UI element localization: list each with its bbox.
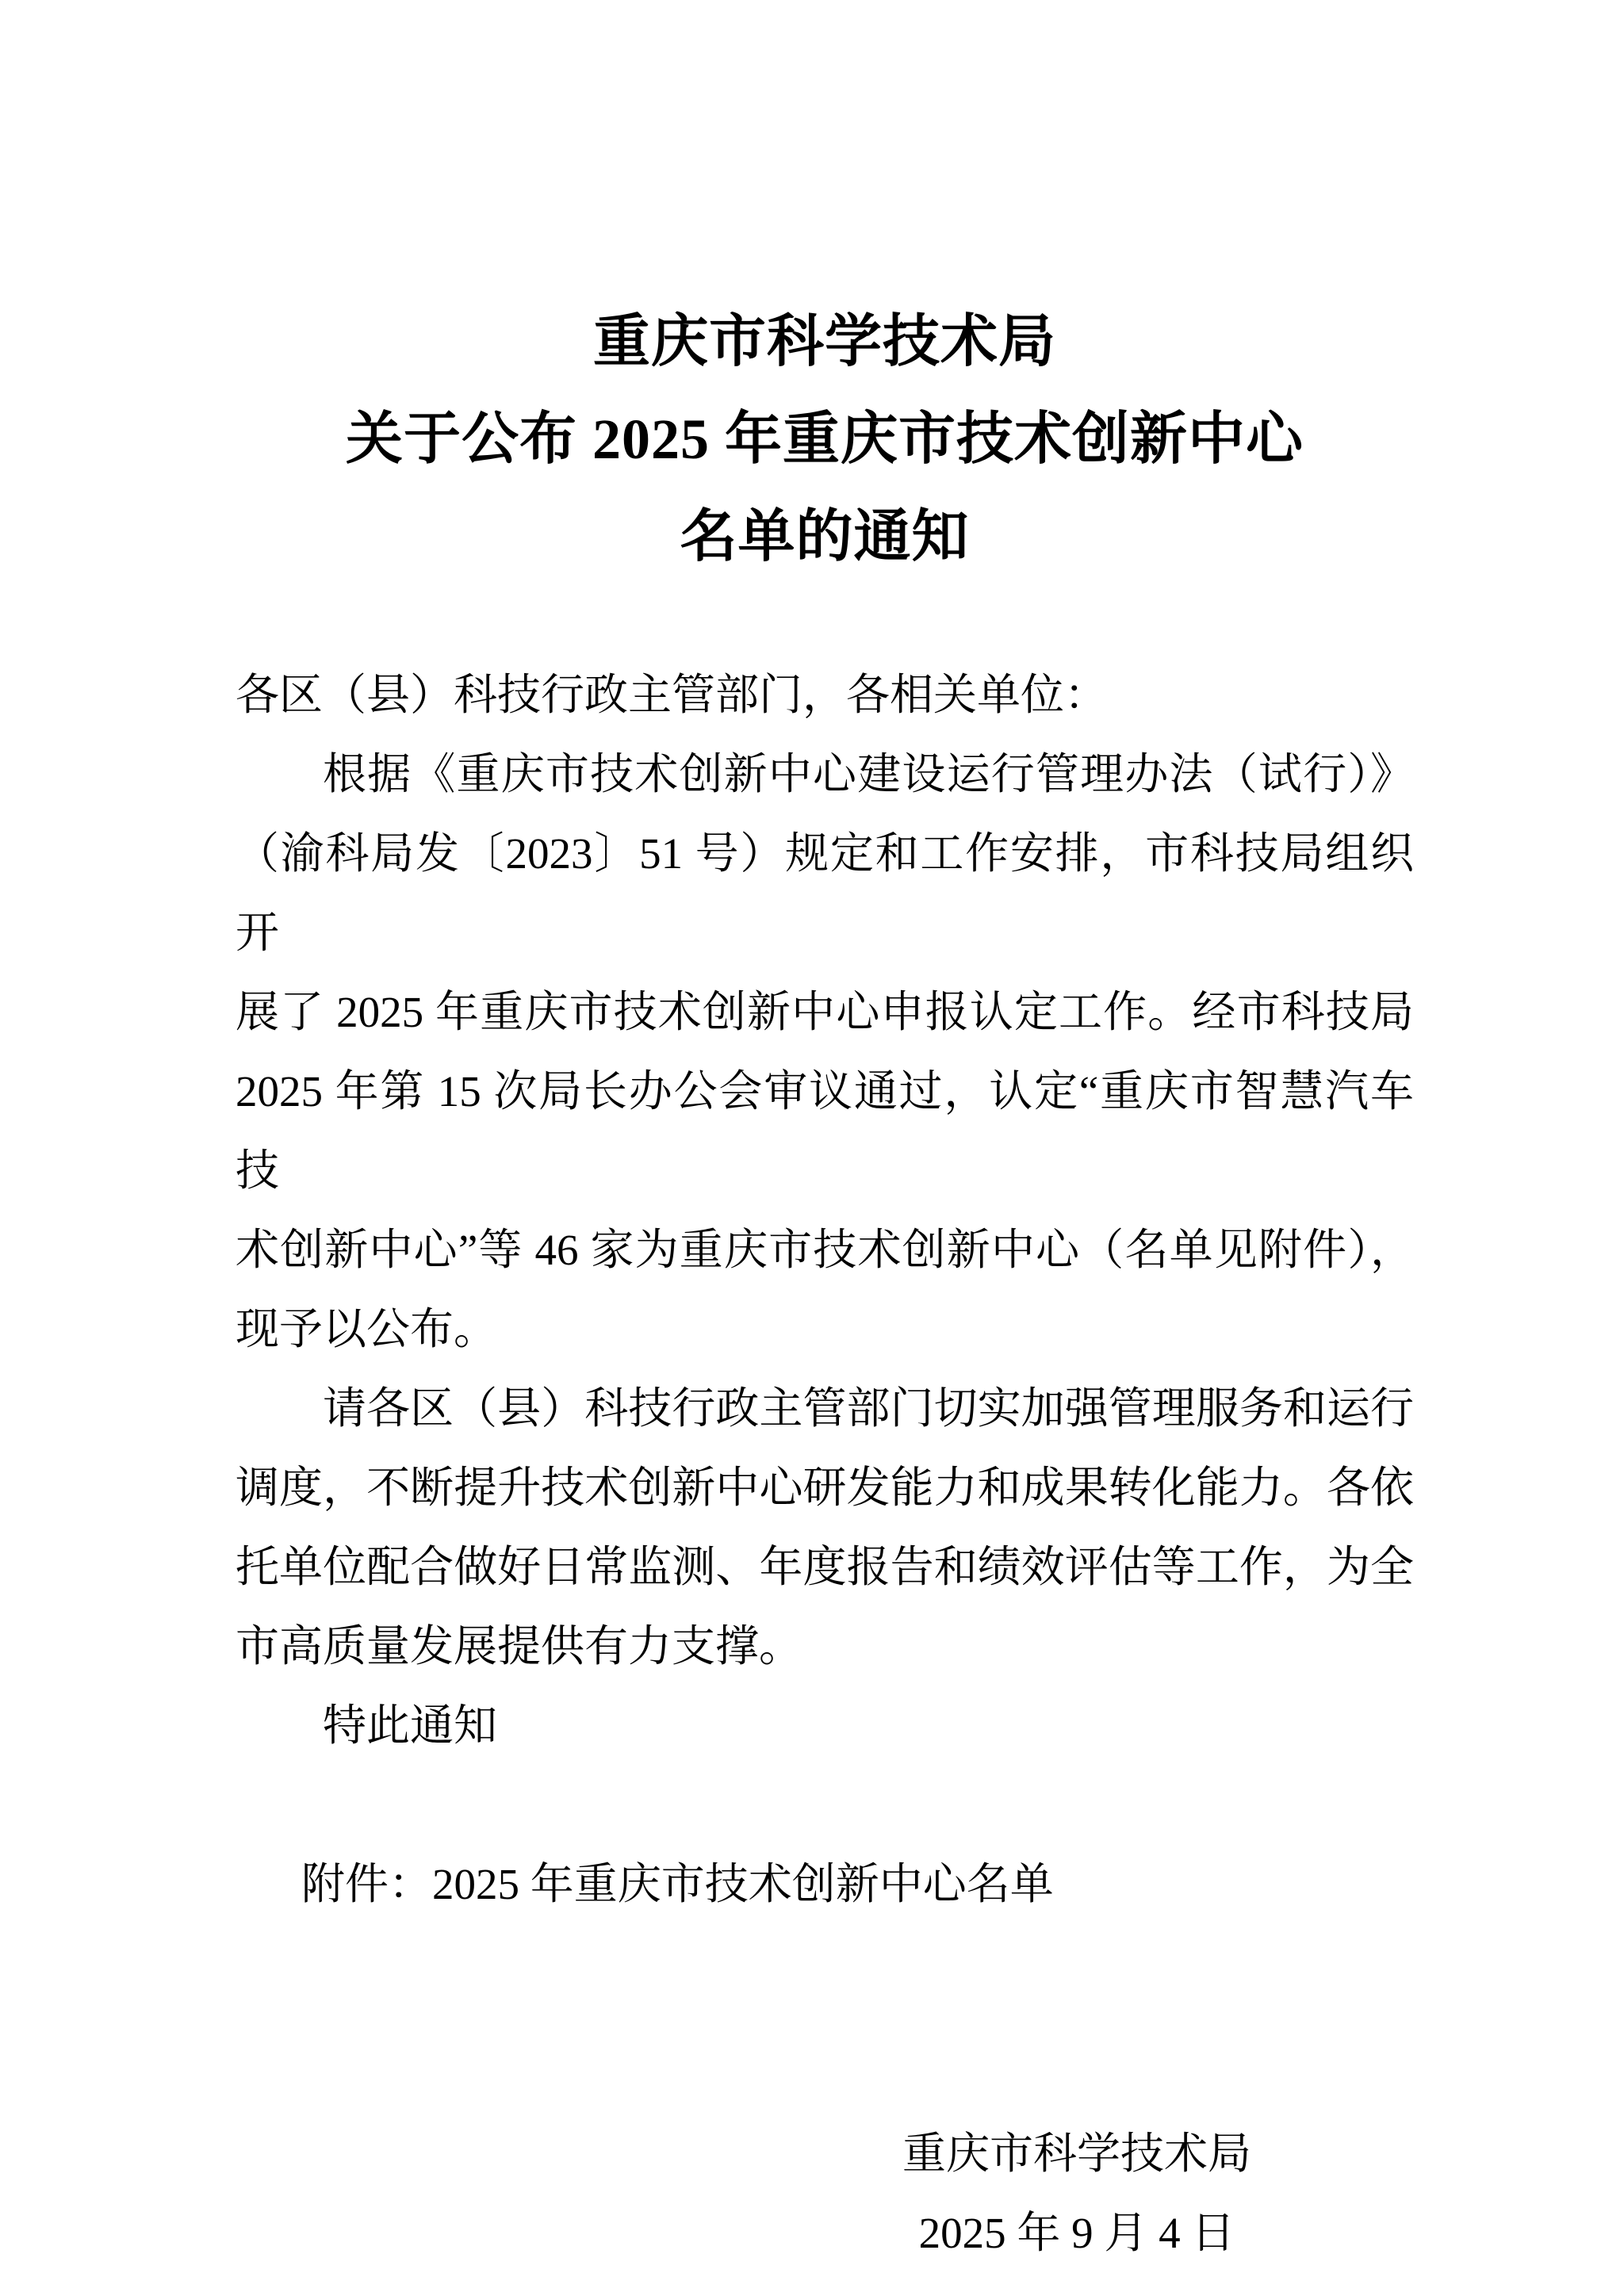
document-page: 重庆市科学技术局 关于公布 2025 年重庆市技术创新中心 名单的通知 各区（县… xyxy=(0,0,1624,2296)
title-line-1: 重庆市科学技术局 xyxy=(236,293,1414,391)
document-body: 各区（县）科技行政主管部门，各相关单位： 根据《重庆市技术创新中心建设运行管理办… xyxy=(236,656,1414,2273)
paragraph-line: 根据《重庆市技术创新中心建设运行管理办法（试行）》 xyxy=(236,735,1414,814)
title-line-2: 关于公布 2025 年重庆市技术创新中心 xyxy=(236,391,1414,488)
document-title: 重庆市科学技术局 关于公布 2025 年重庆市技术创新中心 名单的通知 xyxy=(236,0,1414,586)
paragraph-line: 展了 2025 年重庆市技术创新中心申报认定工作。经市科技局 xyxy=(236,973,1414,1052)
paragraph-line: 市高质量发展提供有力支撑。 xyxy=(236,1607,1414,1686)
attachment-line: 附件：2025 年重庆市技术创新中心名单 xyxy=(236,1845,1414,1924)
paragraph-line: 托单位配合做好日常监测、年度报告和绩效评估等工作，为全 xyxy=(236,1528,1414,1607)
closing-line: 特此通知 xyxy=(236,1686,1414,1766)
paragraph-line: 请各区（县）科技行政主管部门切实加强管理服务和运行 xyxy=(236,1369,1414,1448)
signature-block: 重庆市科学技术局 2025 年 9 月 4 日 xyxy=(236,2114,1414,2273)
paragraph-line: 现予以公布。 xyxy=(236,1290,1414,1369)
title-line-3: 名单的通知 xyxy=(236,488,1414,586)
paragraph-line: 调度，不断提升技术创新中心研发能力和成果转化能力。各依 xyxy=(236,1448,1414,1528)
signature-org: 重庆市科学技术局 xyxy=(902,2114,1251,2194)
paragraph-line: 术创新中心”等 46 家为重庆市技术创新中心（名单见附件）， xyxy=(236,1211,1414,1290)
paragraph-line: 2025 年第 15 次局长办公会审议通过，认定“重庆市智慧汽车技 xyxy=(236,1052,1414,1211)
salutation-line: 各区（县）科技行政主管部门，各相关单位： xyxy=(236,656,1414,735)
paragraph-line: （渝科局发〔2023〕51 号）规定和工作安排，市科技局组织开 xyxy=(236,814,1414,973)
signature-date: 2025 年 9 月 4 日 xyxy=(902,2194,1251,2273)
